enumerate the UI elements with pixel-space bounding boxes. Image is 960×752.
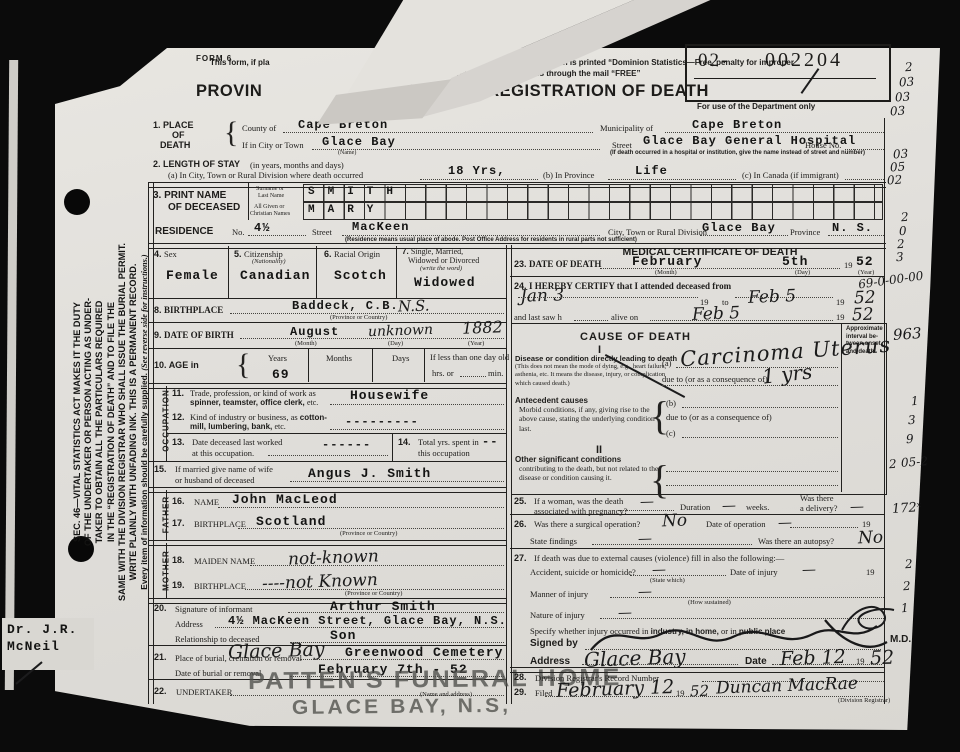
last-saw-label: and last saw h bbox=[514, 312, 562, 322]
dotted-line bbox=[218, 506, 504, 508]
nationality-note: (Nationality) bbox=[252, 258, 286, 265]
city-town-value: Glace Bay bbox=[322, 135, 396, 149]
dotted-line bbox=[215, 626, 504, 628]
rule bbox=[694, 78, 876, 79]
other-conditions-label: Other significant conditions bbox=[515, 455, 621, 464]
field11-label1: Trade, profession, or kind of work as bbox=[190, 388, 316, 398]
brace: { bbox=[236, 348, 250, 382]
field22-number: 22. bbox=[154, 686, 167, 696]
field25-label1: If a woman, was the death bbox=[534, 496, 623, 506]
injury-date-label: Date of injury bbox=[730, 567, 778, 577]
mother-side-label: MOTHER bbox=[162, 541, 171, 601]
field14-label1: Total yrs. spent in bbox=[418, 437, 479, 447]
death-year-value: 52 bbox=[856, 254, 874, 269]
year-19: 19 bbox=[836, 312, 845, 322]
name-note: (Name) bbox=[338, 150, 356, 156]
autopsy-label: Was there an autopsy? bbox=[758, 536, 834, 546]
operation-label: Was there a surgical operation? bbox=[534, 519, 640, 529]
margin-note: 1 bbox=[901, 601, 910, 615]
was-there-label: Was there bbox=[800, 493, 834, 503]
field14-label2: this occupation bbox=[418, 448, 470, 458]
field19-number: 19. bbox=[172, 580, 185, 590]
dotted-line bbox=[845, 178, 884, 180]
margin-note: 03 bbox=[890, 103, 906, 118]
sex-value: Female bbox=[166, 268, 219, 283]
day-note: (Day) bbox=[795, 269, 810, 276]
province-country-note: (Province or Country) bbox=[340, 530, 397, 537]
field11-value: Housewife bbox=[350, 388, 429, 403]
undertaker-label: UNDERTAKER bbox=[176, 687, 232, 697]
margin-note: 963 bbox=[892, 324, 922, 344]
field1-of: OF bbox=[172, 130, 185, 140]
delivery-dash: — bbox=[850, 499, 865, 515]
field27-number: 27. bbox=[514, 553, 527, 563]
alive-on-label: alive on bbox=[611, 312, 638, 322]
dotted-line bbox=[582, 663, 738, 665]
operation-date-label: Date of operation bbox=[706, 519, 765, 529]
field12-value: --------- bbox=[345, 415, 419, 429]
registration-number: 002204 bbox=[765, 49, 843, 72]
rule bbox=[372, 349, 373, 382]
min-label: min. bbox=[488, 368, 503, 378]
address-label: Address bbox=[530, 656, 570, 667]
division-registrar-note: (Division Registrar) bbox=[838, 697, 890, 704]
margin-note: 2 bbox=[889, 457, 898, 471]
field13-value: ------ bbox=[322, 438, 371, 452]
residence-city-value: Glace Bay bbox=[702, 221, 776, 235]
rule bbox=[396, 246, 397, 298]
racial-origin-label: 6. Racial Origin bbox=[324, 249, 380, 259]
surname-label2: Last Name bbox=[258, 193, 284, 199]
informant-signature-label: Signature of informant bbox=[175, 604, 252, 614]
cause-c-label: (c) bbox=[666, 428, 675, 438]
dotted-line bbox=[545, 695, 883, 697]
dotted-line bbox=[288, 611, 504, 613]
field13-label2: at this occupation. bbox=[192, 448, 254, 458]
other-conditions-note: contributing to the death, but not relat… bbox=[519, 464, 669, 483]
dotted-line bbox=[240, 337, 504, 339]
sec46-line: WRITE PLAINLY WITH UNFADING INK. THIS IS… bbox=[128, 142, 139, 702]
dotted-line bbox=[682, 436, 838, 438]
margin-note: 2 bbox=[905, 557, 914, 571]
dotted-line bbox=[828, 234, 884, 236]
funeral-home-stamp-city: GLACE BAY, N.S, bbox=[292, 695, 511, 720]
sex-label: 4. Sex bbox=[154, 249, 177, 259]
dotted-line bbox=[666, 470, 838, 472]
filed-date-handwritten: February 12 bbox=[556, 676, 675, 702]
marital-label1: 7. Single, Married, bbox=[402, 247, 463, 256]
father-name-label: NAME bbox=[194, 497, 219, 507]
injury-date-dash: — bbox=[802, 562, 817, 578]
years-value: 69 bbox=[272, 367, 290, 382]
dotted-line bbox=[676, 366, 838, 368]
dotted-line bbox=[238, 527, 504, 529]
margin-note: 2 bbox=[903, 579, 912, 593]
dotted-line bbox=[342, 234, 600, 236]
citizenship-value: Canadian bbox=[240, 268, 310, 283]
city-town-label: If in City or Town bbox=[242, 140, 304, 150]
last-alive-handwritten: Feb 5 bbox=[692, 303, 741, 325]
field28-number: 28. bbox=[514, 672, 527, 682]
margin-note: 03 bbox=[899, 74, 915, 89]
margin-note: 1 bbox=[911, 394, 920, 408]
department-use-note: For use of the Department only bbox=[697, 102, 815, 111]
rule bbox=[166, 433, 167, 461]
signed-by-label: Signed by bbox=[530, 638, 578, 649]
margin-note: 2 bbox=[905, 60, 914, 74]
dotted-line bbox=[790, 526, 858, 528]
year-19: 19 bbox=[836, 297, 845, 307]
dotted-line bbox=[630, 574, 726, 576]
rule bbox=[510, 276, 884, 277]
stay-c-label: (c) In Canada (if immigrant) bbox=[742, 170, 839, 180]
margin-note: 3 bbox=[896, 250, 905, 264]
dotted-line bbox=[662, 384, 838, 386]
dotted-line bbox=[650, 319, 833, 321]
sec46-line: SAME WITH THE DIVISION REGISTRAR WHO SHA… bbox=[117, 142, 128, 702]
municipality-label: Municipality of bbox=[600, 123, 653, 133]
rule bbox=[510, 514, 884, 515]
stay-a-value: 18 Yrs, bbox=[448, 164, 505, 178]
given-label2: Christian Names bbox=[250, 211, 290, 217]
dotted-line bbox=[574, 319, 608, 321]
stay-b-value: Life bbox=[635, 164, 668, 178]
date-of-birth-label: 9. DATE OF BIRTH bbox=[154, 330, 234, 340]
field15-value: Angus J. Smith bbox=[308, 466, 431, 481]
field25-number: 25. bbox=[514, 496, 527, 506]
province-country-note: (Province or Country) bbox=[330, 314, 387, 321]
state-which-note: (State which) bbox=[650, 577, 685, 584]
margin-note: 03 bbox=[895, 89, 911, 104]
dotted-line bbox=[460, 375, 486, 377]
marital-label2: Widowed or Divorced bbox=[408, 256, 479, 265]
field1-number-label: 1. PLACE bbox=[153, 120, 194, 130]
field3-label1: 3. PRINT NAME bbox=[153, 190, 226, 201]
marital-note: (write the word) bbox=[420, 265, 462, 272]
findings-label: State findings bbox=[530, 536, 577, 546]
due-to-label2: due to (or as a consequence of) bbox=[666, 412, 772, 422]
brace: { bbox=[224, 116, 238, 150]
autopsy-answer-handwritten: No bbox=[858, 528, 884, 549]
delivery-label: a delivery? bbox=[800, 503, 838, 513]
county-label: County of bbox=[242, 123, 276, 133]
given-name-grid bbox=[303, 202, 883, 220]
given-label1: All Given or bbox=[254, 204, 284, 210]
rule bbox=[308, 349, 309, 382]
days-header: Days bbox=[392, 353, 409, 363]
less-than-day-label: If less than one day old bbox=[430, 352, 509, 362]
rule bbox=[392, 433, 393, 461]
margin-note: 172ˣ bbox=[892, 500, 922, 517]
stay-b-label: (b) In Province bbox=[543, 170, 594, 180]
dotted-line bbox=[665, 131, 884, 133]
father-name-value: John MacLeod bbox=[232, 492, 338, 507]
informant-address-label: Address bbox=[175, 619, 203, 629]
dotted-line bbox=[420, 178, 538, 180]
rule bbox=[148, 182, 154, 704]
margin-note: 2 bbox=[901, 210, 910, 224]
field16-number: 16. bbox=[172, 496, 185, 506]
mother-birthplace-label: BIRTHPLACE bbox=[194, 581, 246, 591]
dotted-line bbox=[268, 454, 388, 456]
sec46-line: IN THE “REGISTRATION OF DEATH” AND TO FI… bbox=[106, 142, 117, 702]
month-note: (Month) bbox=[655, 269, 677, 276]
leading-disease-label: Disease or condition directly leading to… bbox=[515, 354, 677, 363]
surname-label1: Surname or bbox=[256, 186, 284, 192]
pregnancy-dash: — bbox=[640, 494, 655, 510]
day-note: (Day) bbox=[388, 340, 403, 347]
father-side-label: FATHER bbox=[162, 485, 171, 545]
residence-city-label: City, Town or Rural Division bbox=[608, 227, 707, 237]
doctor-annotation: Dr. J.R. McNeil bbox=[7, 622, 77, 656]
field21-number: 21. bbox=[154, 652, 167, 662]
antecedent-label: Antecedent causes bbox=[515, 396, 588, 405]
nature-label: Nature of injury bbox=[530, 610, 585, 620]
operation-date-dash: — bbox=[778, 515, 793, 531]
field13-label1: Date deceased last worked bbox=[192, 437, 282, 447]
margin-note: 9 bbox=[906, 432, 915, 446]
rule bbox=[228, 246, 229, 298]
marital-value: Widowed bbox=[414, 275, 476, 290]
maiden-name-value: not-known bbox=[288, 546, 379, 569]
field17-number: 17. bbox=[172, 518, 185, 528]
field26-number: 26. bbox=[514, 519, 527, 529]
dotted-line bbox=[250, 564, 504, 566]
stay-a-label: (a) In City, Town or Rural Division wher… bbox=[168, 170, 363, 180]
mailing-notice-left: This form, if pla bbox=[210, 58, 270, 67]
residence-label: RESIDENCE bbox=[155, 226, 213, 237]
residence-province-label: Province bbox=[790, 227, 820, 237]
birthplace-value: Baddeck, C.B. bbox=[292, 299, 399, 313]
field12-number: 12. bbox=[172, 412, 185, 422]
dotted-line bbox=[735, 296, 833, 298]
dotted-line bbox=[682, 406, 838, 408]
field20-number: 20. bbox=[154, 603, 167, 613]
dotted-line bbox=[300, 658, 504, 660]
year-note: (Year) bbox=[468, 340, 484, 347]
field14-value: -- bbox=[482, 435, 498, 449]
dotted-line bbox=[330, 428, 504, 430]
field2-paren: (in years, months and days) bbox=[250, 160, 344, 170]
hrs-label: hrs. or bbox=[432, 368, 454, 378]
dotted-line bbox=[608, 178, 736, 180]
filed-year-handwritten: 52 bbox=[690, 682, 710, 701]
dotted-line bbox=[700, 234, 788, 236]
dotted-line bbox=[610, 596, 884, 598]
residence-province-value: N. S. bbox=[832, 221, 873, 235]
age-label: 10. AGE in bbox=[154, 360, 199, 370]
dotted-line bbox=[592, 543, 752, 545]
rule bbox=[167, 433, 506, 434]
dotted-line bbox=[330, 403, 504, 405]
registration-prefix: 02- bbox=[698, 50, 729, 72]
margin-note: 05-2 bbox=[901, 454, 929, 470]
field12-label2: mill, lumbering, bank, etc. bbox=[190, 422, 286, 431]
manner-label: Manner of injury bbox=[530, 589, 588, 599]
dotted-line bbox=[666, 484, 838, 486]
margin-note: 02 bbox=[887, 172, 903, 187]
sec46-line: TAKER TO OBTAIN ALL THE PARTICULARS REQU… bbox=[94, 142, 105, 702]
rule bbox=[510, 548, 884, 549]
month-note: (Month) bbox=[295, 340, 317, 347]
form-title-left: PROVIN bbox=[196, 82, 262, 101]
given-name-value: MARY bbox=[308, 204, 386, 216]
dotted-line bbox=[248, 234, 306, 236]
year-19: 19 bbox=[866, 567, 875, 577]
field1-death: DEATH bbox=[160, 140, 190, 150]
rule bbox=[424, 349, 425, 382]
dotted-line bbox=[283, 131, 593, 133]
field29-number: 29. bbox=[514, 687, 527, 697]
cause-of-death-title: CAUSE OF DEATH bbox=[580, 331, 691, 343]
accident-label: Accident, suicide or homicide? bbox=[530, 567, 636, 577]
maiden-name-label: MAIDEN NAME bbox=[194, 556, 255, 566]
county-value: Cape Breton bbox=[298, 118, 388, 132]
field3-label2: OF DECEASED bbox=[168, 202, 240, 213]
cause-b-label: (b) bbox=[666, 398, 676, 408]
rule bbox=[316, 246, 317, 298]
field18-number: 18. bbox=[172, 555, 185, 565]
antecedent-note: Morbid conditions, if any, giving rise t… bbox=[519, 405, 659, 433]
field11-label2: spinner, teamster, office clerk, etc. bbox=[190, 398, 318, 407]
hospital-note: (If death occurred in a hospital or inst… bbox=[610, 150, 865, 156]
mailing-notice-line2: erly addressed will pass through the mai… bbox=[452, 69, 641, 78]
racial-origin-value: Scotch bbox=[334, 268, 387, 283]
birth-year-value: 1882 bbox=[462, 317, 503, 337]
dotted-line bbox=[772, 663, 882, 665]
year-19: 19 bbox=[844, 260, 853, 270]
weeks-label: weeks. bbox=[746, 502, 769, 512]
street-label: Street bbox=[612, 140, 632, 150]
field15-number: 15. bbox=[154, 464, 167, 474]
surname-value: SMITH bbox=[308, 186, 406, 198]
md-label: M.D. bbox=[890, 634, 911, 645]
date-label: Date bbox=[745, 656, 767, 667]
residence-street-value: MacKeen bbox=[352, 220, 409, 234]
scanned-death-registration: SEC. 46—VITAL STATISTICS ACT MAKES IT TH… bbox=[0, 0, 960, 752]
field12-label1: Kind of industry or business, as cotton- bbox=[190, 412, 327, 422]
municipality-value: Cape Breton bbox=[692, 118, 782, 132]
dotted-line bbox=[518, 296, 698, 298]
field15-label1: If married give name of wife bbox=[175, 464, 273, 474]
months-header: Months bbox=[326, 353, 352, 363]
medical-certificate-title: MEDICAL CERTIFICATE OF DEATH bbox=[560, 246, 860, 258]
page-edge-sliver bbox=[5, 60, 18, 690]
operation-answer-handwritten: No bbox=[662, 511, 688, 532]
residence-street-label: Street bbox=[312, 227, 332, 237]
province-country-note: (Province or Country) bbox=[345, 590, 402, 597]
rule bbox=[149, 322, 506, 323]
field23-label: 23. DATE OF DEATH bbox=[514, 259, 601, 269]
form-title-right: NOVA SCOTIA—REGISTRATION OF DEATH bbox=[352, 82, 709, 101]
due-to-label1: due to (or as a consequence of) bbox=[662, 374, 768, 384]
rule bbox=[149, 348, 506, 349]
birthplace-label: 8. BIRTHPLACE bbox=[154, 305, 223, 315]
residence-no-label: No. bbox=[232, 227, 245, 237]
house-no-label: House No. bbox=[805, 140, 841, 150]
date-year-handwritten: 52 bbox=[870, 647, 895, 670]
field15-label2: or husband of deceased bbox=[175, 475, 255, 485]
years-header: Years bbox=[268, 353, 287, 363]
duration-dash: — bbox=[722, 498, 737, 514]
residence-no-value: 4½ bbox=[254, 221, 270, 235]
rule bbox=[149, 540, 506, 546]
rule bbox=[149, 461, 506, 462]
cause-a-label: (a) bbox=[662, 358, 671, 368]
how-sustained-note: (How sustained) bbox=[688, 599, 731, 606]
field11-number: 11. bbox=[172, 388, 184, 398]
field13-number: 13. bbox=[172, 437, 185, 447]
field14-number: 14. bbox=[398, 437, 411, 447]
margin-note: 3 bbox=[908, 413, 917, 427]
field2-label: 2. LENGTH OF STAY bbox=[153, 159, 240, 169]
dotted-line bbox=[290, 480, 504, 482]
